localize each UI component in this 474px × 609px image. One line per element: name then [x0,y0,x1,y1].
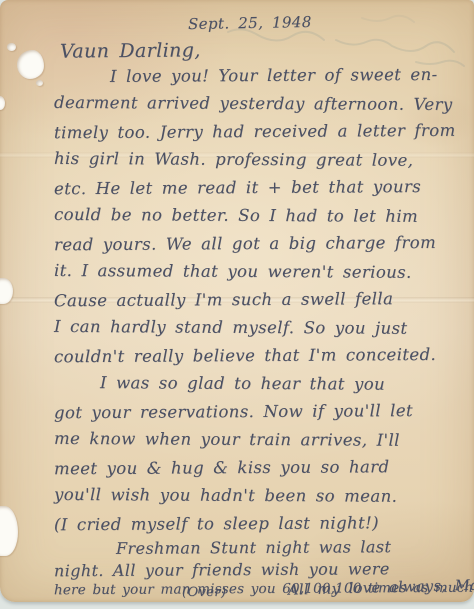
paper-hole [7,43,16,51]
letter-line: read yours. We all got a big charge from [54,229,466,260]
paper-hole [36,80,43,86]
letter-line: timely too. Jerry had received a letter … [54,117,466,148]
letter-line: I love you! Your letter of sweet en- [54,61,466,92]
letter-line: got your reservations. Now if you'll let [54,397,466,428]
letter-salutation: Vaun Darling, [60,39,201,62]
letter-line: it. I assumed that you weren't serious. [54,257,466,287]
paper-tear [0,506,18,556]
letter-line: Cause actually I'm such a swell fella [54,285,466,316]
letter-line: I can hardly stand myself. So you just [54,313,466,343]
paper-hole [17,50,44,79]
letter-line: I was so glad to hear that you [54,369,466,399]
paper-tear [0,96,5,110]
letter-line: his girl in Wash. professing great love, [54,145,466,175]
letter-line: me know when your train arrives, I'll [54,425,466,455]
letter-line: meet you & hug & kiss you so hard [54,453,466,484]
letter-line: etc. He let me read it + bet that yours [54,173,466,204]
letter-line: Freshman Stunt night was last [54,536,468,561]
over-note: (Over) [182,585,226,600]
letter-line: could be no better. So I had to let him [54,201,466,231]
scan-background: Sept. 25, 1948 Vaun Darling, I love you!… [0,0,474,609]
letter-body: I love you! Your letter of sweet en- dea… [54,62,466,538]
letter-line: dearment arrived yesterday afternoon. Ve… [54,89,466,119]
letter-date: Sept. 25, 1948 [188,13,312,33]
letter-line: you'll wish you hadn't been so mean. [54,481,466,511]
letter-line: (I cried myself to sleep last night!) [54,509,466,540]
letter-paper: Sept. 25, 1948 Vaun Darling, I love you!… [0,0,474,602]
letter-line: couldn't really believe that I'm conceit… [54,341,466,372]
